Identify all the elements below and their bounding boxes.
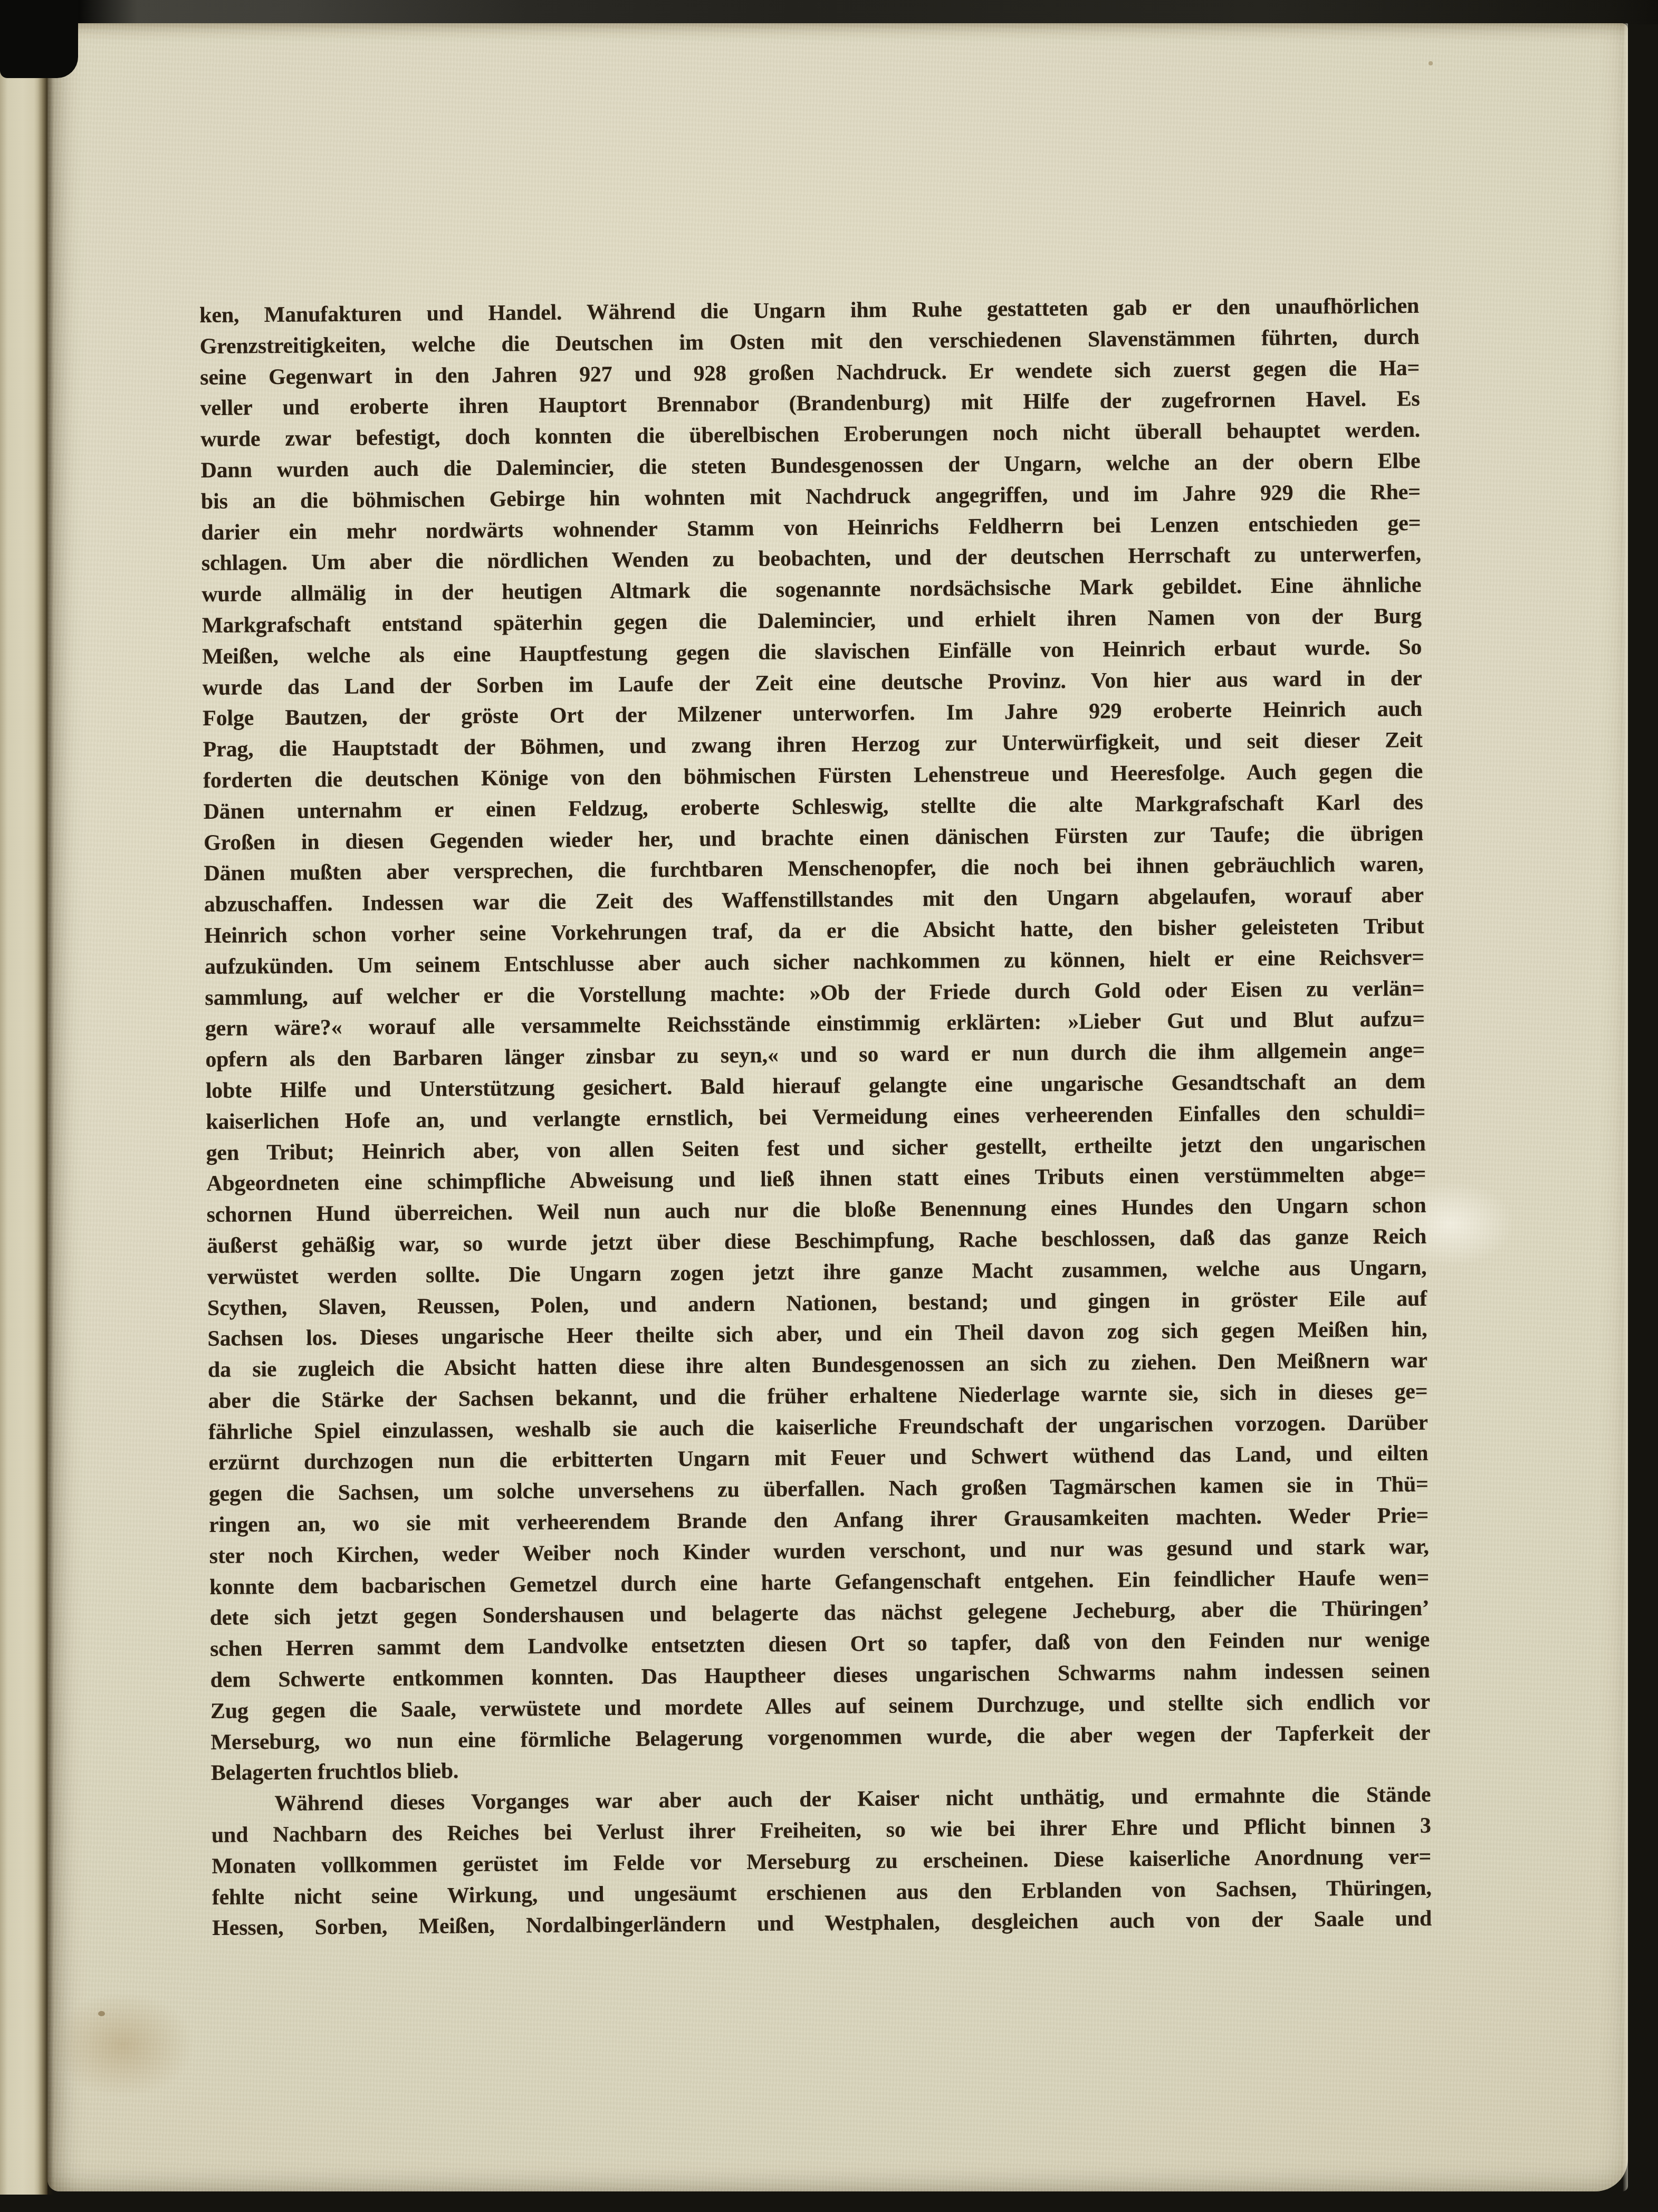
binding-corner-shadow [0,0,78,78]
book-page: ken, Manufakturen und Handel. Während di… [47,23,1628,2191]
scanner-bed-background [0,0,1658,24]
scanned-book-page: ken, Manufakturen und Handel. Während di… [0,0,1658,2212]
text-block: ken, Manufakturen und Handel. Während di… [199,291,1432,1944]
gutter-shadow [38,23,54,2195]
